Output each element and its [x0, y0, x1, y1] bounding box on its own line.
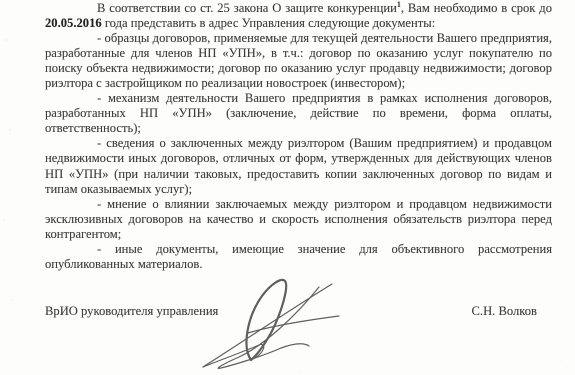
document-page: В соответствии со ст. 25 закона О защите… [0, 0, 575, 375]
list-item-other-contracts-info: - сведения о заключенных между риэлтором… [45, 136, 552, 196]
list-item-contract-samples: - образцы договоров, применяемые для тек… [45, 31, 552, 91]
intro-paragraph: В соответствии со ст. 25 закона О защите… [45, 1, 552, 31]
letter-body: В соответствии со ст. 25 закона О защите… [45, 1, 552, 272]
intro-text-after-date: года представить в адрес Управления след… [102, 16, 436, 30]
intro-text-after-footnote: , Вам необходимо в срок до [401, 1, 552, 15]
signoff-name: С.Н. Волков [472, 304, 537, 319]
list-item-other-documents: - иные документы, имеющие значение для о… [45, 242, 552, 272]
handwritten-signature [193, 275, 343, 372]
list-item-exclusive-contracts-opinion: - мнение о влиянии заключаемых между риэ… [45, 197, 552, 242]
deadline-date: 20.05.2016 [45, 16, 102, 30]
intro-text-before-footnote: В соответствии со ст. 25 закона О защите… [97, 1, 397, 15]
list-item-activity-mechanism: - механизм деятельности Вашего предприят… [45, 91, 552, 136]
